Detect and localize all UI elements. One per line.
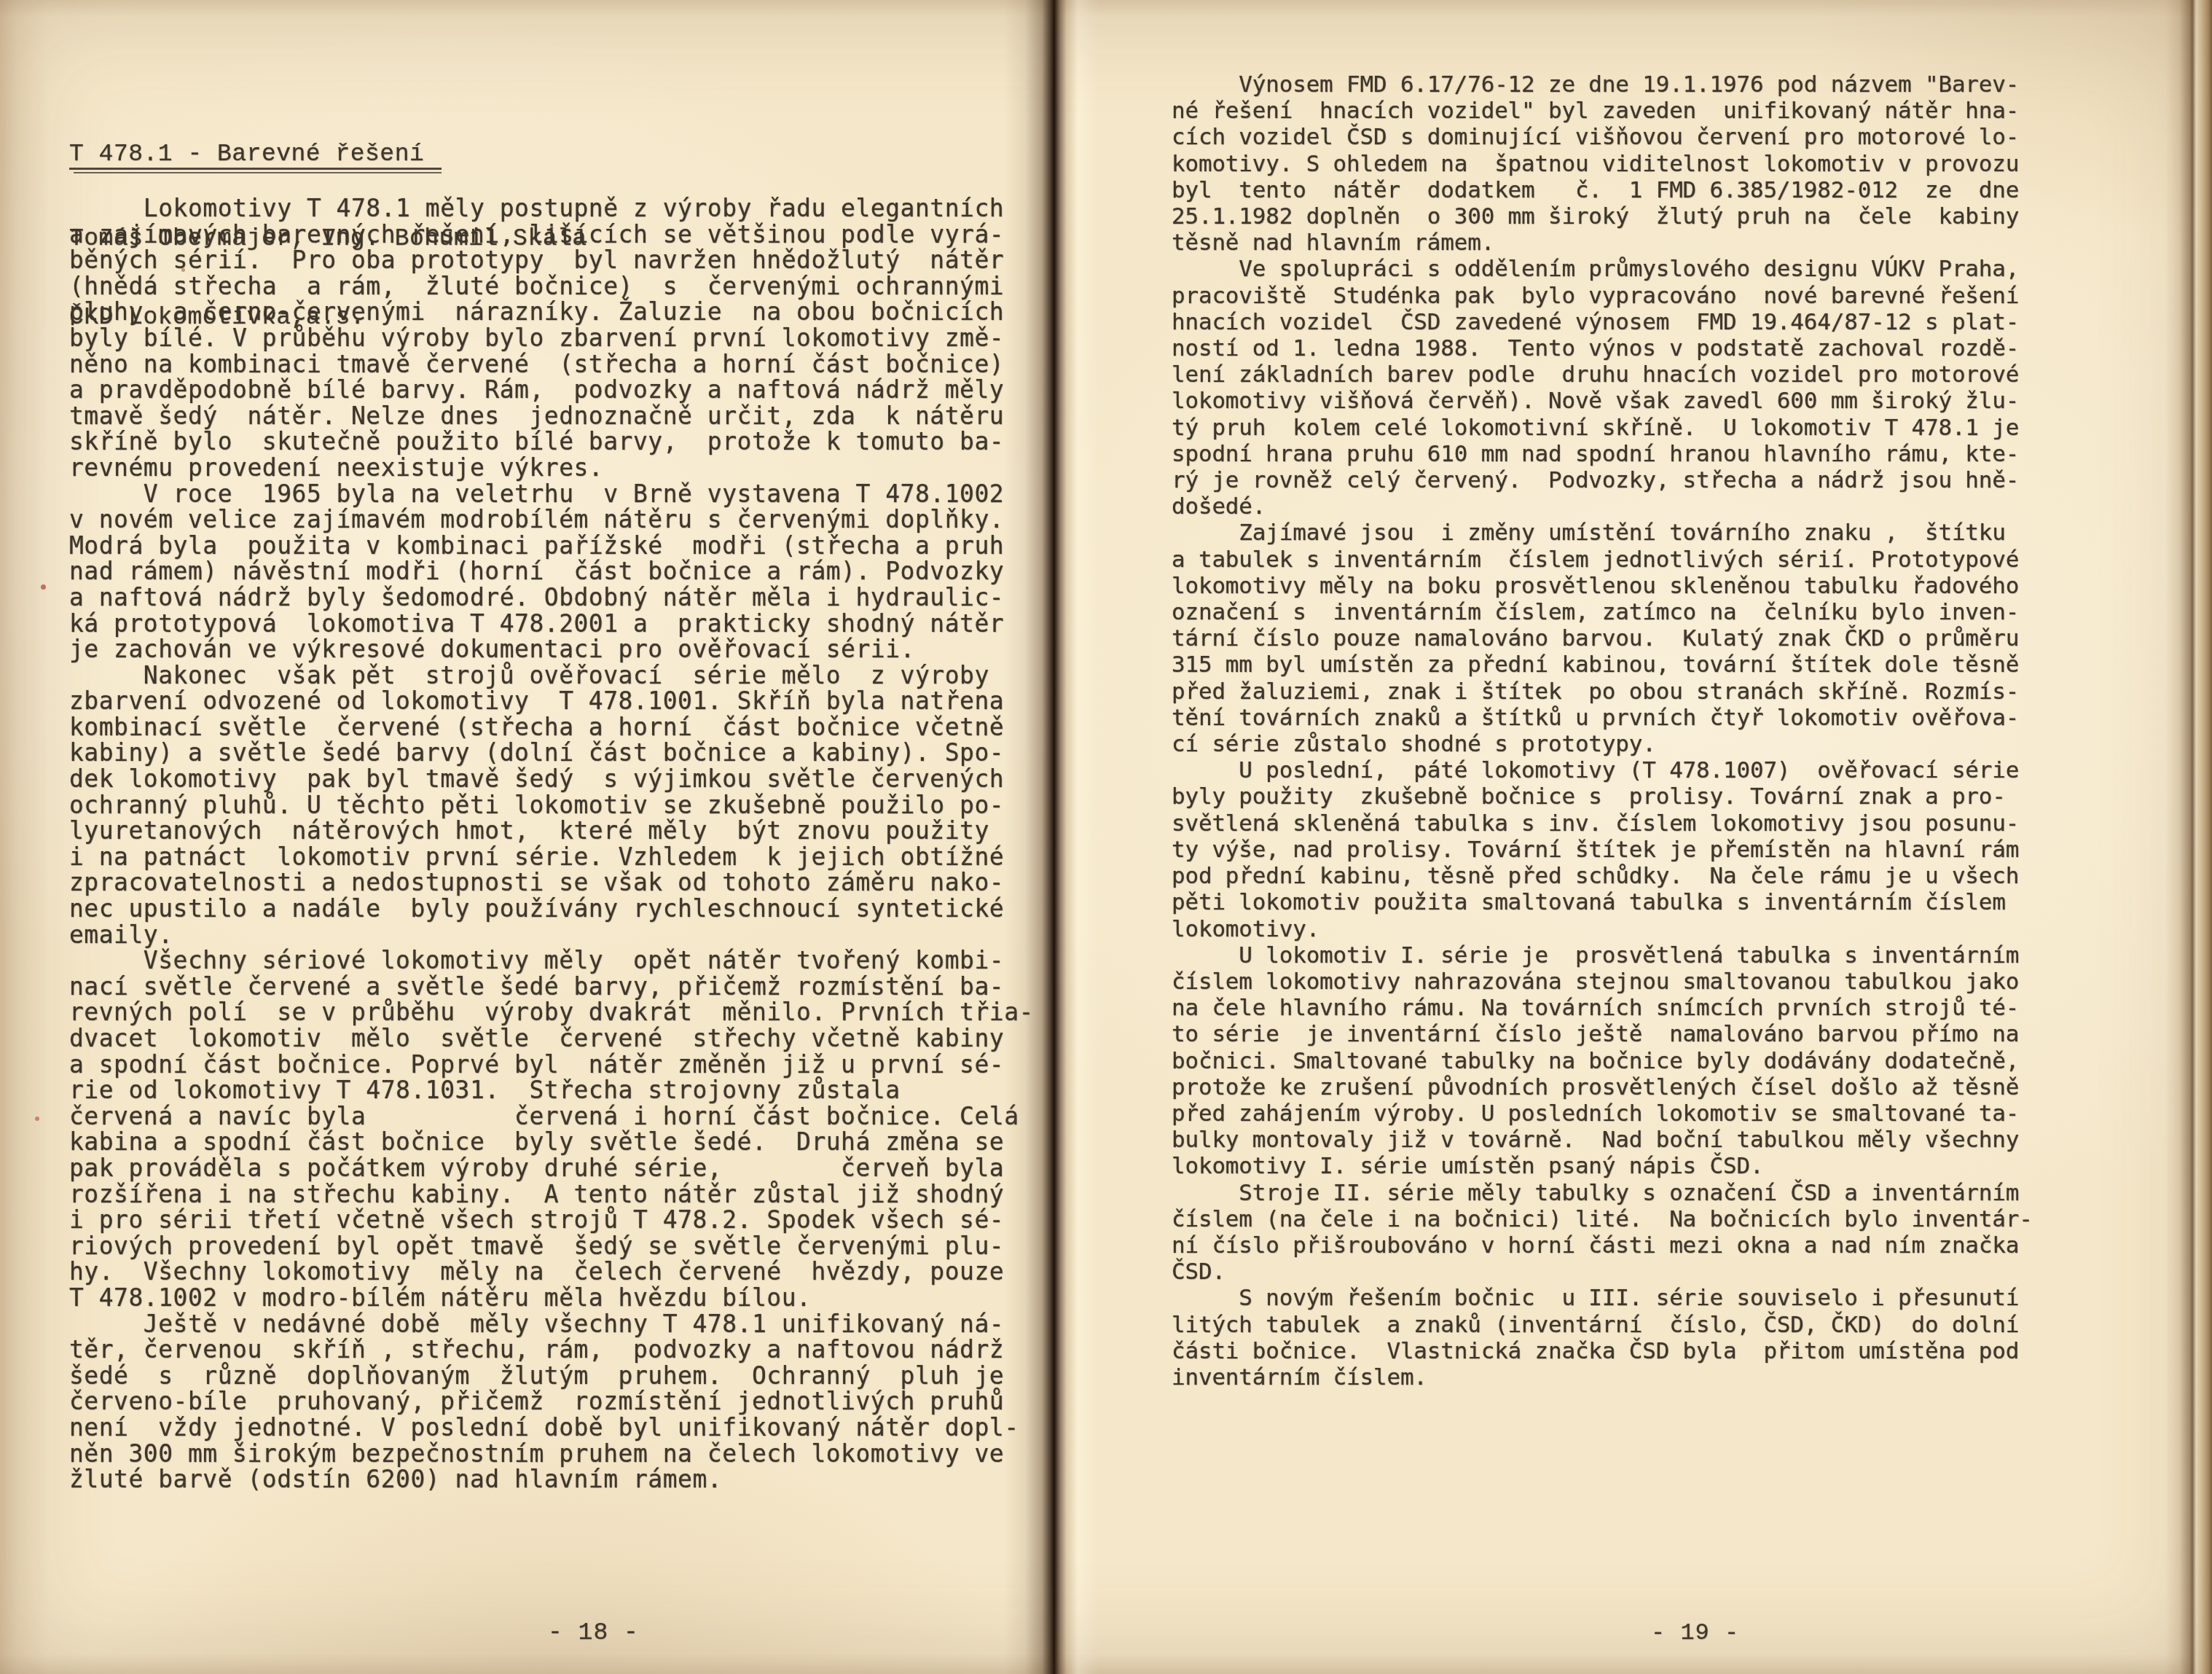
article-title-line: T 478.1 - Barevné řešení bbox=[69, 141, 587, 173]
page-19-number: - 19 - bbox=[1651, 1619, 1739, 1646]
book-gutter-shadow bbox=[1004, 0, 1099, 1674]
page-18-number: - 18 - bbox=[548, 1619, 639, 1646]
article-title: T 478.1 - Barevné řešení bbox=[69, 141, 442, 173]
page-18-body-text: Lokomotivy T 478.1 měly postupně z výrob… bbox=[69, 195, 1034, 1493]
paper-speck bbox=[35, 1116, 39, 1121]
page-19-body-text: Výnosem FMD 6.17/76-12 ze dne 19.1.1976 … bbox=[1172, 71, 2033, 1391]
book-spread: T 478.1 - Barevné řešení Tomáš Obermajer… bbox=[0, 0, 2212, 1674]
book-fore-edge-pages bbox=[2165, 0, 2212, 1674]
paper-speck bbox=[181, 268, 185, 272]
paper-speck bbox=[41, 584, 46, 590]
